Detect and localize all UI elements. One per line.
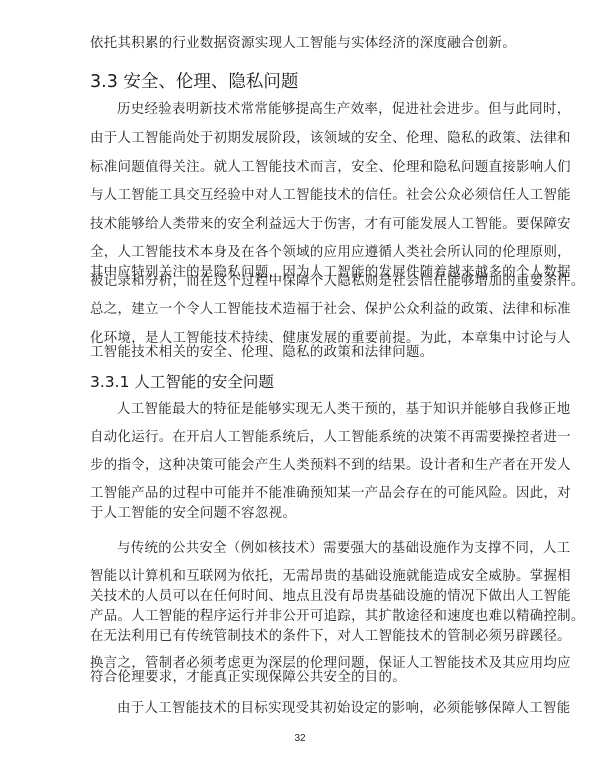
section-heading-3-3-1: 3.3.1 人工智能的安全问题 (90, 372, 274, 392)
section-heading-3-3: 3.3 安全、伦理、隐私问题 (90, 71, 298, 93)
paragraph-line: 产品。人工智能的程序运行并非公开可追踪，其扩散途径和速度也难以精确控制。 (90, 608, 508, 626)
paragraph-line: 与人工智能工具交互经验中对人工智能技术的信任。社会公众必须信任人工智能 (90, 187, 508, 205)
paragraph-line: 符合伦理要求，才能真正实现保障公共安全的目的。 (90, 669, 508, 687)
paragraph-line: 标准问题值得关注。就人工智能技术而言，安全、伦理和隐私问题直接影响人们 (90, 159, 508, 177)
paragraph-line: 工智能技术相关的安全、伦理、隐私的政策和法律问题。 (90, 344, 508, 362)
paragraph-line: 由于人工智能尚处于初期发展阶段，该领域的安全、伦理、隐私的政策、法律和 (90, 130, 508, 148)
paragraph-line: 技术能够给人类带来的安全利益远大于伤害，才有可能发展人工智能。要保障安 (90, 216, 508, 234)
paragraph-line: 全，人工智能技术本身及在各个领域的应用应遵循人类社会所认同的伦理原则， (90, 244, 508, 262)
paragraph-line: 步的指令，这种决策可能会产生人类预料不到的结果。设计者和生产者在开发人 (90, 457, 508, 475)
paragraph-line: 于人工智能的安全问题不容忽视。 (90, 505, 508, 523)
paragraph-line: 关技术的人员可以在任何时间、地点且没有昂贵基础设施的情况下做出人工智能 (90, 588, 508, 606)
paragraph-line: 智能以计算机和互联网为依托，无需昂贵的基础设施就能造成安全威胁。掌握相 (90, 568, 508, 586)
paragraph-line: 由于人工智能技术的目标实现受其初始设定的影响，必须能够保障人工智能 (117, 700, 508, 718)
paragraph-line: 人工智能最大的特征是能够实现无人类干预的，基于知识并能够自我修正地 (117, 401, 508, 419)
paragraph-line: 在无法利用已有传统管制技术的条件下，对人工智能技术的管制必须另辟蹊径。 (90, 628, 508, 646)
document-page: 依托其积累的行业数据资源实现人工智能与实体经济的深度融合创新。 3.3 安全、伦… (0, 0, 594, 766)
paragraph-line: 工智能产品的过程中可能并不能准确预知某一产品会存在的可能风险。因此，对 (90, 485, 508, 503)
paragraph-line: 自动化运行。在开启人工智能系统后，人工智能系统的决策不再需要操控者进一 (90, 429, 508, 447)
paragraph-line: 被记录和分析，而在这个过程中保障个人隐私则是社会信任能够增加的重要条件。 (90, 273, 508, 291)
paragraph-line: 历史经验表明新技术常常能够提高生产效率，促进社会进步。但与此同时， (117, 101, 508, 119)
page-number: 32 (288, 733, 312, 744)
paragraph-line: 与传统的公共安全（例如核技术）需要强大的基础设施作为支撑不同，人工 (117, 540, 508, 558)
paragraph-line: 总之，建立一个令人工智能技术造福于社会、保护公众利益的政策、法律和标准 (90, 301, 508, 319)
continued-text-line: 依托其积累的行业数据资源实现人工智能与实体经济的深度融合创新。 (90, 35, 508, 53)
